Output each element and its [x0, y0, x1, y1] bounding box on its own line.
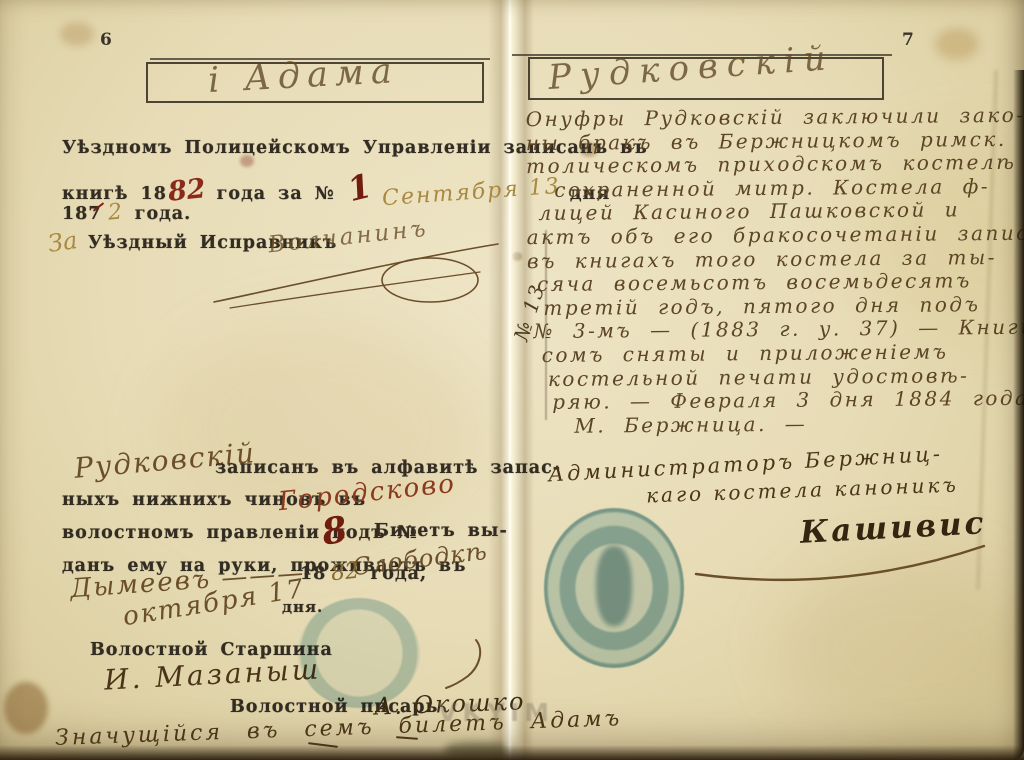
- registration-line3: 187 2 года.: [62, 200, 191, 225]
- body-line: ряю. — Февраля 3 дня 1884 года: [552, 387, 1014, 415]
- fill-line5-year: 82: [330, 559, 360, 587]
- stain: [60, 22, 94, 46]
- page-number-left: 6: [100, 30, 112, 50]
- fill-year-digit: 2: [107, 199, 123, 225]
- round-ink-stamp-left: [298, 598, 420, 708]
- line5-post: года,: [371, 564, 428, 584]
- oval-ink-stamp-right: [544, 508, 684, 668]
- signature-underline-flourish: [692, 540, 992, 586]
- line5-pre: 18: [300, 564, 326, 584]
- pisar-flourish: [444, 636, 486, 692]
- alphabet-line3: волостномъ правленіи подъ №: [62, 523, 418, 543]
- stamp-figure: [596, 546, 632, 626]
- fold-highlight: [509, 0, 511, 760]
- alphabet-line3-end: Билетъ вы-: [374, 521, 508, 541]
- page-edge-right: [1013, 70, 1024, 760]
- fill-record-number: 1: [344, 166, 376, 209]
- page-edge-bottom: [0, 745, 1024, 760]
- registration-line2-mid: года за №: [217, 184, 335, 204]
- alphabet-line5-date: 18 82 года,: [300, 560, 427, 585]
- stain: [780, 560, 1024, 740]
- archive-watermark: VKYIM: [438, 698, 554, 727]
- page-number-right: 7: [902, 30, 914, 50]
- hw-za-prefix: За: [46, 226, 79, 258]
- signature-flourish: [212, 240, 502, 312]
- underline-dash: [396, 736, 418, 740]
- body-line: М. Бержница. —: [574, 411, 1014, 438]
- registration-line3-post: года.: [135, 204, 192, 224]
- stain: [935, 28, 979, 60]
- stain: [4, 682, 48, 734]
- document-scan: 6 і Адама Уѣздномъ Полицейскомъ Управлен…: [0, 0, 1024, 760]
- handwritten-body: Онуфры Рудковскій заключили зако- ны бра…: [526, 104, 1015, 439]
